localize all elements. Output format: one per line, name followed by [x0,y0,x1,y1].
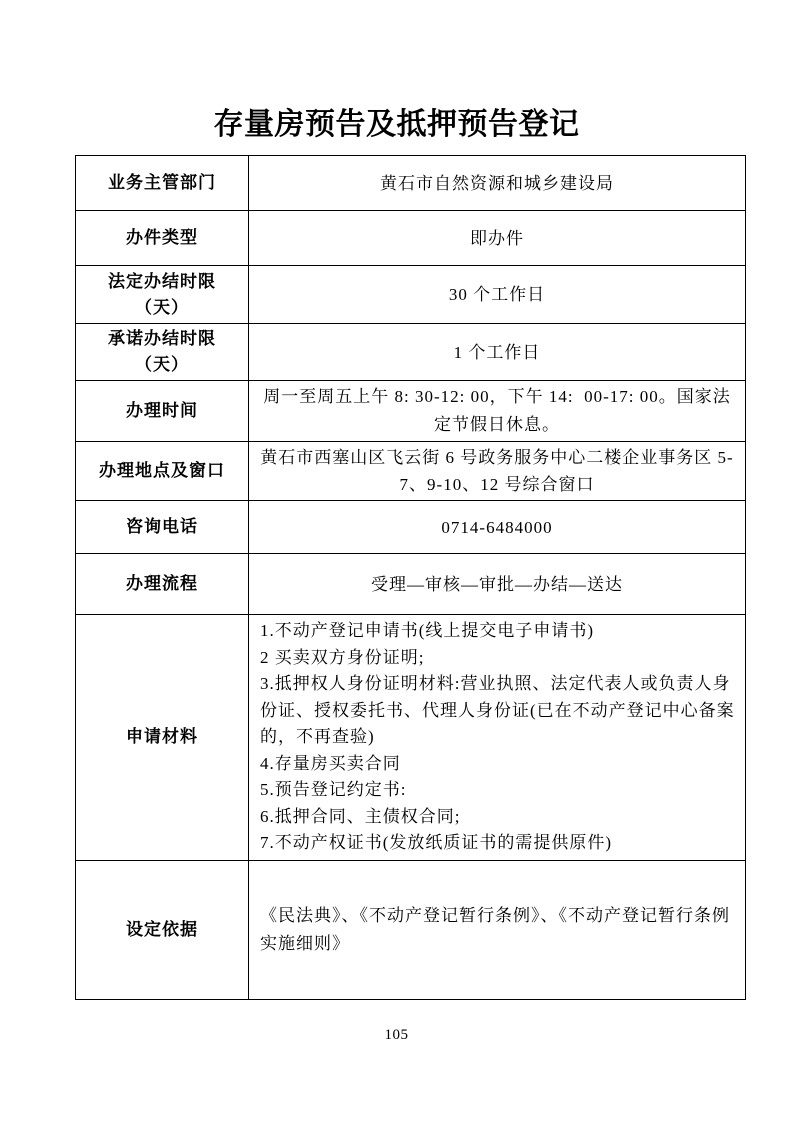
table-row: 申请材料 1.不动产登记申请书(线上提交电子申请书) 2 买卖双方身份证明; 3… [76,615,746,861]
row-label: 设定依据 [76,860,249,999]
table-row: 办件类型 即办件 [76,211,746,266]
page-title: 存量房预告及抵押预告登记 [0,106,793,144]
row-value: 《民法典》、《不动产登记暂行条例》、《不动产登记暂行条例实施细则》 [249,860,746,999]
row-value: 1 个工作日 [249,324,746,381]
row-value: 黄石市西塞山区飞云街 6 号政务服务中心二楼企业事务区 5-7、9-10、12 … [249,442,746,501]
table-row: 承诺办结时限 （天） 1 个工作日 [76,324,746,381]
row-value: 受理—审核—审批—办结—送达 [249,554,746,615]
table-row: 办理地点及窗口 黄石市西塞山区飞云街 6 号政务服务中心二楼企业事务区 5-7、… [76,442,746,501]
table-row: 咨询电话 0714-6484000 [76,501,746,554]
row-label: 承诺办结时限 （天） [76,324,249,381]
table-row: 办理时间 周一至周五上午 8: 30-12: 00，下午 14: 00-17: … [76,381,746,442]
table-row: 办理流程 受理—审核—审批—办结—送达 [76,554,746,615]
row-label: 办理地点及窗口 [76,442,249,501]
row-value: 30 个工作日 [249,266,746,324]
table-row: 法定办结时限 （天） 30 个工作日 [76,266,746,324]
row-label: 办理流程 [76,554,249,615]
row-value: 周一至周五上午 8: 30-12: 00，下午 14: 00-17: 00。国家… [249,381,746,442]
document-page: 存量房预告及抵押预告登记 业务主管部门 黄石市自然资源和城乡建设局 办件类型 即… [0,0,793,1122]
row-label: 咨询电话 [76,501,249,554]
row-label: 法定办结时限 （天） [76,266,249,324]
row-label: 办理时间 [76,381,249,442]
row-value: 即办件 [249,211,746,266]
row-label: 申请材料 [76,615,249,861]
row-value: 0714-6484000 [249,501,746,554]
table-row: 业务主管部门 黄石市自然资源和城乡建设局 [76,156,746,211]
row-value: 1.不动产登记申请书(线上提交电子申请书) 2 买卖双方身份证明; 3.抵押权人… [249,615,746,861]
table-row: 设定依据 《民法典》、《不动产登记暂行条例》、《不动产登记暂行条例实施细则》 [76,860,746,999]
row-label: 办件类型 [76,211,249,266]
service-info-table: 业务主管部门 黄石市自然资源和城乡建设局 办件类型 即办件 法定办结时限 （天）… [75,155,746,1000]
row-label: 业务主管部门 [76,156,249,211]
row-value: 黄石市自然资源和城乡建设局 [249,156,746,211]
page-number: 105 [0,1026,793,1044]
